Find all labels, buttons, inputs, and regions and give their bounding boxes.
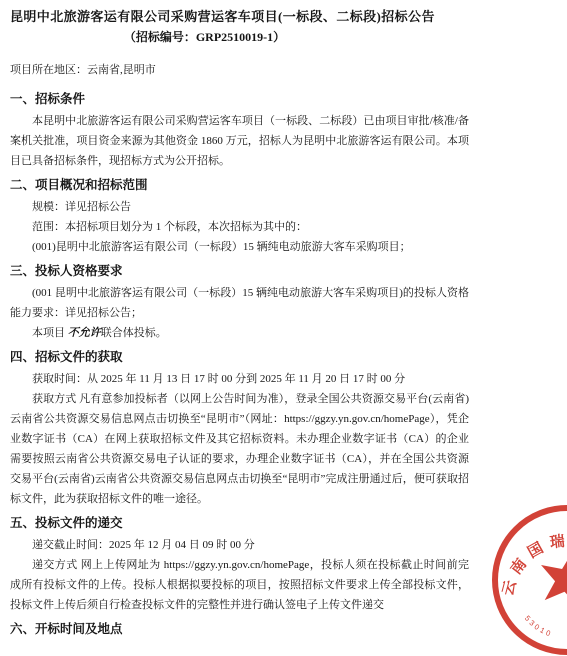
submit-method-paragraph: 递交方式 网上上传网址为 https://ggzy.yn.gov.cn/home… [10,555,469,615]
joint-bid-prefix: 本项目 [32,327,68,339]
lot-001-line: (001)昆明中北旅游客运有限公司（一标段）15 辆纯电动旅游大客车采购项目； [10,237,469,257]
section-heading-6: 六、开标时间及地点 [10,621,469,638]
section-heading-3: 三、投标人资格要求 [10,263,469,280]
page-title: 昆明中北旅游客运有限公司采购营运客车项目(一标段、二标段)招标公告 [10,8,469,26]
document-content: 昆明中北旅游客运有限公司采购营运客车项目(一标段、二标段)招标公告 （招标编号：… [0,0,567,638]
section-1-paragraph: 本昆明中北旅游客运有限公司采购营运客车项目（一标段、二标段）已由项目审批/核准/… [10,111,469,171]
project-location: 项目所在地区：云南省,昆明市 [10,60,469,80]
joint-bid-not-allowed: 不允许 [68,327,101,339]
submit-deadline-line: 递交截止时间：2025 年 12 月 04 日 09 时 00 分 [10,535,469,555]
obtain-time-line: 获取时间：从 2025 年 11 月 13 日 17 时 00 分到 2025 … [10,369,469,389]
bidder-qualification-line: (001 昆明中北旅游客运有限公司（一标段）15 辆纯电动旅游大客车采购项目)的… [10,283,469,323]
section-heading-5: 五、投标文件的递交 [10,515,469,532]
section-heading-2: 二、项目概况和招标范围 [10,177,469,194]
document-page: 昆明中北旅游客运有限公司采购营运客车项目(一标段、二标段)招标公告 （招标编号：… [0,0,567,656]
section-heading-4: 四、招标文件的获取 [10,349,469,366]
scope-range-line: 范围：本招标项目划分为 1 个标段，本次招标为其中的： [10,217,469,237]
obtain-method-paragraph: 获取方式 凡有意参加投标者（以网上公告时间为准），登录全国公共资源交易平台(云南… [10,389,469,509]
tender-number: （招标编号：GRP2510019-1） [10,28,469,46]
section-heading-1: 一、招标条件 [10,91,469,108]
scope-scale-line: 规模：详见招标公告 [10,197,469,217]
joint-bid-line: 本项目 不允许联合体投标。 [10,323,469,343]
joint-bid-suffix: 联合体投标。 [101,327,167,339]
